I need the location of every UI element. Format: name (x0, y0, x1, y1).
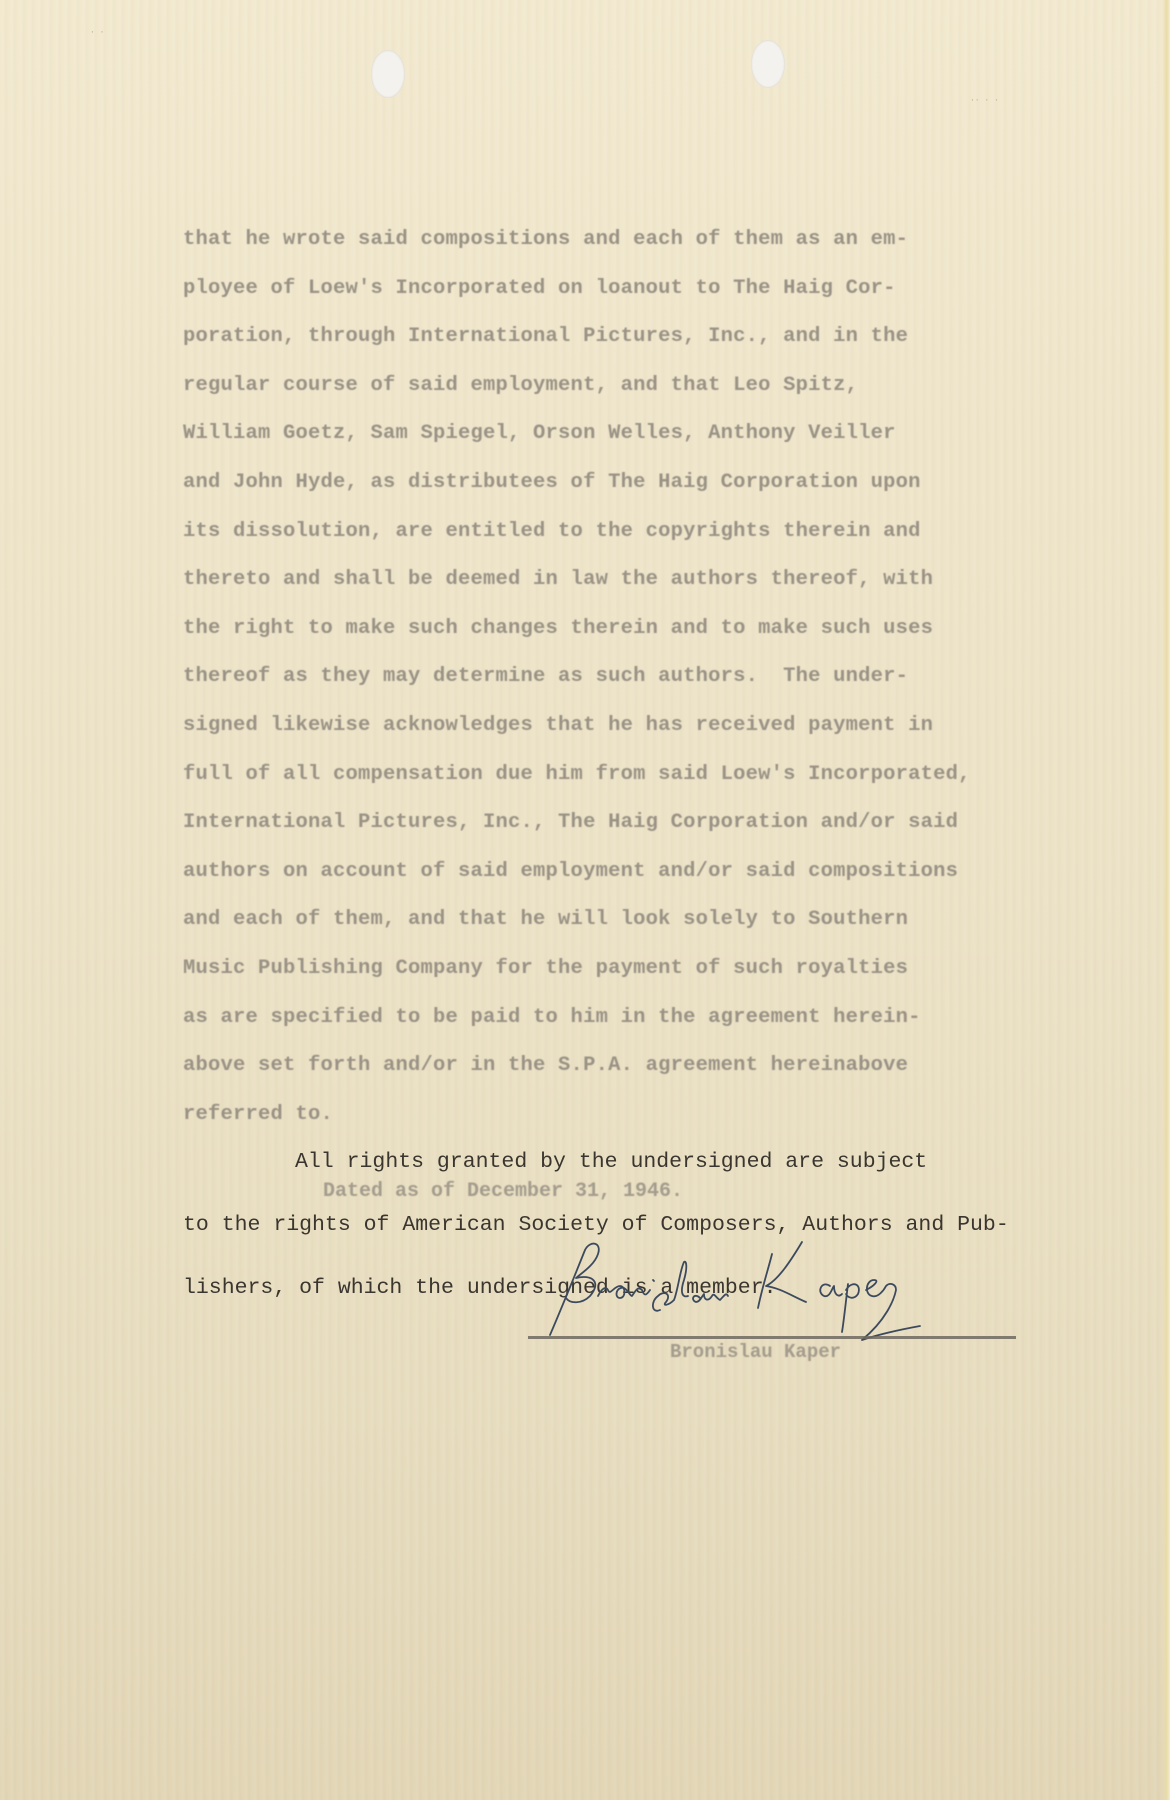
dated-line: Dated as of December 31, 1946. (323, 1180, 683, 1203)
body-line: regular course of said employment, and t… (183, 374, 1043, 423)
paper-edge (1162, 0, 1170, 1800)
signer-name: Bronislau Kaper (670, 1341, 841, 1363)
document-page: · · ·· · · that he wrote said compositio… (0, 0, 1170, 1800)
handwritten-signature (540, 1240, 960, 1350)
body-line: William Goetz, Sam Spiegel, Orson Welles… (183, 422, 1043, 471)
body-line: thereof as they may determine as such au… (183, 665, 1043, 714)
punch-hole-right (751, 40, 785, 88)
body-line: above set forth and/or in the S.P.A. agr… (183, 1054, 1043, 1103)
body-line: full of all compensation due him from sa… (183, 763, 1043, 812)
punch-hole-left (371, 50, 405, 98)
body-line: poration, through International Pictures… (183, 325, 1043, 374)
addendum-line: to the rights of American Society of Com… (183, 1215, 1083, 1236)
body-paragraph: that he wrote said compositions and each… (183, 228, 1043, 1129)
body-line: that he wrote said compositions and each… (183, 228, 1043, 277)
body-line: as are specified to be paid to him in th… (183, 1006, 1043, 1055)
body-line: and John Hyde, as distributees of The Ha… (183, 471, 1043, 520)
paper-speck: ·· · · (970, 96, 999, 105)
signature-line (528, 1336, 1016, 1339)
body-line: authors on account of said employment an… (183, 860, 1043, 909)
body-line: its dissolution, are entitled to the cop… (183, 520, 1043, 569)
addendum-line: All rights granted by the undersigned ar… (183, 1152, 1083, 1173)
body-line: International Pictures, Inc., The Haig C… (183, 811, 1043, 860)
paper-speck: · · (90, 28, 104, 37)
body-line: signed likewise acknowledges that he has… (183, 714, 1043, 763)
body-line: the right to make such changes therein a… (183, 617, 1043, 666)
body-line: thereto and shall be deemed in law the a… (183, 568, 1043, 617)
body-line: Music Publishing Company for the payment… (183, 957, 1043, 1006)
body-line: and each of them, and that he will look … (183, 908, 1043, 957)
body-line: ployee of Loew's Incorporated on loanout… (183, 277, 1043, 326)
